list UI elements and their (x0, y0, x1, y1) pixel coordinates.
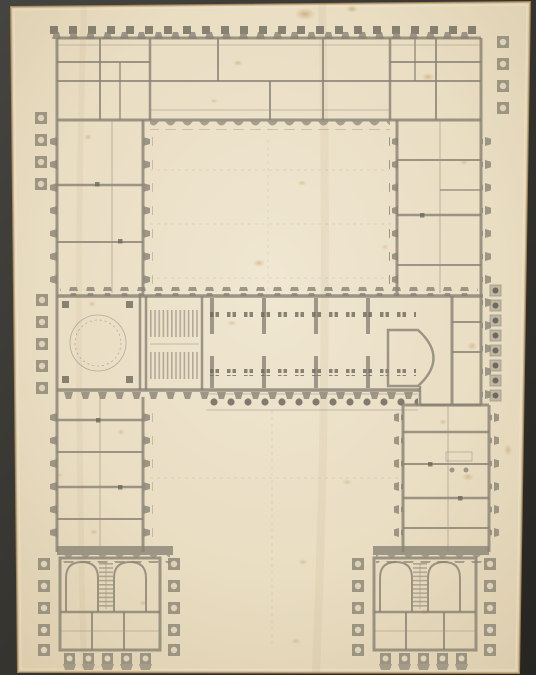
south-portico (206, 394, 418, 410)
portico-columns (206, 396, 418, 408)
lower-east-pilaster-row (490, 410, 499, 548)
courtyard-arcade-row (150, 122, 390, 130)
east-pilaster-row (482, 132, 491, 284)
lower-east-court-pilaster-row (394, 410, 403, 548)
paired-columns-north (206, 311, 416, 318)
east-courtyard-pilaster-row (389, 132, 398, 284)
lower-west-court-pilaster-row (144, 404, 153, 544)
paired-columns-south (206, 369, 416, 376)
scanned-drawing-stage: Ground plan of a palace with twin courty… (0, 0, 536, 675)
lower-west-pilaster-row (48, 404, 57, 544)
west-pilaster-row (48, 132, 57, 284)
floorplan-drawing: Ground plan of a palace with twin courty… (0, 0, 536, 675)
west-courtyard-pilaster-row (144, 132, 153, 284)
